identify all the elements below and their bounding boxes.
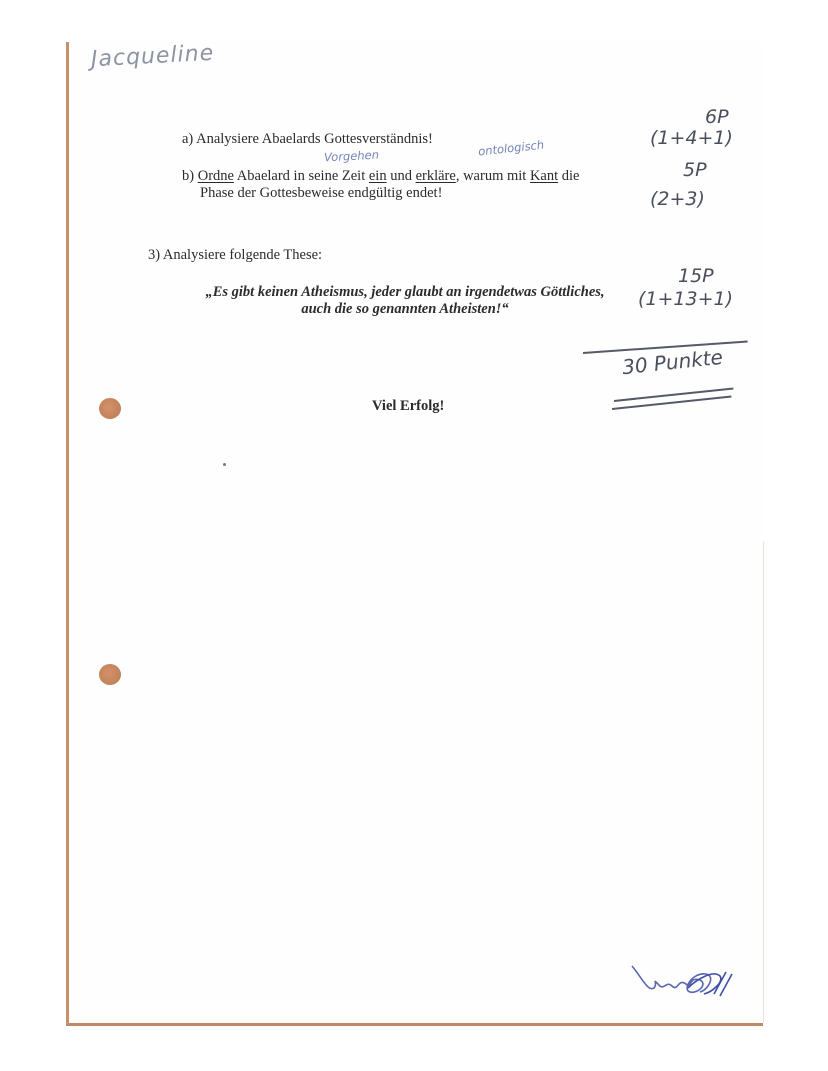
task-b-text: die	[558, 168, 579, 184]
points-3-total: 15P	[678, 265, 714, 287]
task-b-text: Abaelard in seine Zeit	[234, 168, 369, 184]
task-b-line1: b) Ordne Abaelard in seine Zeit ein und …	[182, 168, 579, 185]
task-3-label: 3) Analysiere folgende These:	[148, 247, 322, 264]
thesis-line-1: „Es gibt keinen Atheismus, jeder glaubt …	[160, 284, 650, 301]
points-a-breakdown: (1+4+1)	[650, 127, 733, 149]
annotation-vorgehen: Vorgehen	[324, 148, 380, 165]
closing-text: Viel Erfolg!	[372, 398, 444, 415]
task-a-text: Analysiere Abaelards Gottesverständnis!	[196, 131, 433, 147]
keyword-kant: Kant	[530, 168, 558, 184]
task-b-line2: Phase der Gottesbeweise endgültig endet!	[200, 185, 442, 202]
task-b-text: , warum mit	[456, 168, 530, 184]
keyword-ordne: Ordne	[198, 168, 234, 184]
ink-speck	[223, 463, 226, 466]
keyword-ein: ein	[369, 168, 387, 184]
thesis-line-2: auch die so genannten Atheisten!“	[160, 301, 650, 318]
task-b-text: und	[387, 168, 416, 184]
punch-hole-icon	[99, 398, 121, 419]
punch-hole-icon	[99, 664, 121, 685]
keyword-erklaere: erkläre	[416, 168, 456, 184]
points-3-breakdown: (1+13+1)	[638, 288, 733, 310]
task-a-prefix: a)	[182, 131, 193, 147]
signature-icon	[628, 958, 738, 1008]
points-b-total: 5P	[683, 159, 707, 181]
points-a-total: 6P	[705, 106, 729, 128]
task-b-prefix: b)	[182, 168, 194, 184]
task-a: a) Analysiere Abaelards Gottesverständni…	[182, 131, 433, 148]
points-b-breakdown: (2+3)	[650, 188, 705, 210]
